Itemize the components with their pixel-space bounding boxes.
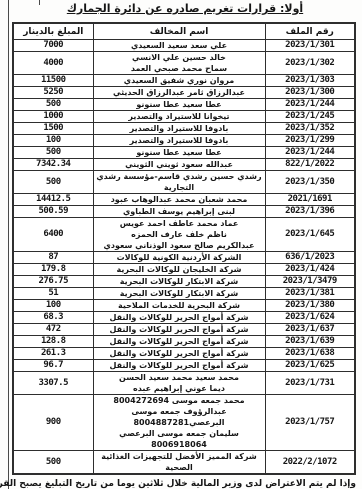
- table-row: 2023/1/637شركة أمواج الحرير للوكالات وال…: [13, 324, 355, 336]
- file-cell: 2023/1/244: [265, 99, 355, 111]
- file-cell: 2023/1/352: [265, 123, 355, 135]
- table-row: 2021/1691محمد شعبان محمد عبدالوهاب عبود1…: [13, 194, 355, 206]
- name-cell: تيخوانا للاستيراد والتصدير: [93, 111, 265, 123]
- amount-cell: 11500: [13, 75, 93, 87]
- table-row: 2023/1/424شركة الخليجان للوكالات البحرية…: [13, 264, 355, 276]
- amount-cell: 68.3: [13, 312, 93, 324]
- table-row: 2023/1/300عبدالرزاق ثامر عبدالرزاق الحدي…: [13, 87, 355, 99]
- table-row: 2023/1/639شركة أمواج الحرير للوكالات وال…: [13, 336, 355, 348]
- file-cell: 2023/1/300: [265, 87, 355, 99]
- amount-header: المبلغ بالدينار: [13, 23, 93, 40]
- table-header-row: رقم الملف اسم المخالف المبلغ بالدينار: [13, 23, 355, 40]
- name-cell: شركة الابتكار للوكالات البحرية: [93, 276, 265, 288]
- file-cell: 2023/1/624: [265, 312, 355, 324]
- name-cell: شركة البحرية للخدمات الملاحية: [93, 300, 265, 312]
- name-cell: بادوفا للاستيراد والتصدير: [93, 135, 265, 147]
- file-cell: 2023/1/396: [265, 206, 355, 218]
- file-cell: 2023/1/350: [265, 171, 355, 194]
- name-cell: شركة أمواج الحرير للوكالات والنقل: [93, 312, 265, 324]
- file-cell: 2023/1/380: [265, 300, 355, 312]
- name-cell: خالد حسين علي الانسي سماح محمد صبحي العم…: [93, 52, 265, 75]
- amount-cell: 500: [13, 147, 93, 159]
- name-cell: عماد محمد عاطف احمد عويس ناظم خلف عارف ا…: [93, 218, 265, 252]
- table-row: 2023/1/245تيخوانا للاستيراد والتصدير1000: [13, 111, 355, 123]
- amount-cell: 7000: [13, 40, 93, 52]
- amount-cell: 96.7: [13, 360, 93, 372]
- file-cell: 2023/1/757: [265, 395, 355, 451]
- file-cell: 2023/1/731: [265, 372, 355, 395]
- amount-cell: 500: [13, 99, 93, 111]
- amount-cell: 100: [13, 135, 93, 147]
- name-cell: شركة أمواج الحرير للوكالات والنقل: [93, 348, 265, 360]
- name-cell: رشدي حسين رشدي قاسم-مؤسسة رشدي التجارية: [93, 171, 265, 194]
- amount-cell: 500: [13, 171, 93, 194]
- file-cell: 2023/1/381: [265, 288, 355, 300]
- name-cell: شركة الخليجان للوكالات البحرية: [93, 264, 265, 276]
- page-title: أولا: قرارات تغريم صادره عن دائرة الجمار…: [14, 2, 356, 15]
- file-cell: 2023/1/3479: [265, 276, 355, 288]
- name-cell: شركة أمواج الحرير للوكالات والنقل: [93, 336, 265, 348]
- document-page: أولا: قرارات تغريم صادره عن دائرة الجمار…: [0, 0, 362, 489]
- table-row: 2023/1/299بادوفا للاستيراد والتصدير100: [13, 135, 355, 147]
- violator-name-header: اسم المخالف: [93, 23, 265, 40]
- name-cell: عبدالله سعود ثويني الثويني: [93, 159, 265, 171]
- file-cell: 2023/1/645: [265, 218, 355, 252]
- amount-cell: 179.8: [13, 264, 93, 276]
- table-row: 2023/1/731محمد سعيد محمد سعيد الحسن ديما…: [13, 372, 355, 395]
- table-row: 636/1/2023الشركة الأردنية الكونية للوكال…: [13, 252, 355, 264]
- amount-cell: 4000: [13, 52, 93, 75]
- name-cell: شركة المميز الأفضل للتجهيزات الغذائية ال…: [93, 451, 265, 475]
- table-row: 822/1/2022عبدالله سعود ثويني الثويني7342…: [13, 159, 355, 171]
- file-cell: 2023/1/625: [265, 360, 355, 372]
- page-left-border: [8, 0, 9, 489]
- table-row: 2023/1/352بادوفا للاستيراد والتصدير1500: [13, 123, 355, 135]
- amount-cell: 14412.5: [13, 194, 93, 206]
- file-cell: 2023/1/638: [265, 348, 355, 360]
- file-cell: 822/1/2022: [265, 159, 355, 171]
- amount-cell: 472: [13, 324, 93, 336]
- name-cell: محمد سعيد محمد سعيد الحسن ديما عوني إبرا…: [93, 372, 265, 395]
- amount-cell: 500.59: [13, 206, 93, 218]
- file-cell: 636/1/2023: [265, 252, 355, 264]
- footer-note: وإذا لم يتم الاعتراض لدى وزير المالية خل…: [10, 478, 356, 489]
- amount-cell: 276.75: [13, 276, 93, 288]
- name-cell: بادوفا للاستيراد والتصدير: [93, 123, 265, 135]
- table-row: 2023/1/380شركة البحرية للخدمات الملاحية1…: [13, 300, 355, 312]
- table-row: 2023/1/638شركة أمواج الحرير للوكالات وال…: [13, 348, 355, 360]
- name-cell: مروان نوري شفيق السعيدي: [93, 75, 265, 87]
- table-row: 2023/1/625شركة أمواج الحرير للوكالات وال…: [13, 360, 355, 372]
- table-row: 2023/1/301علي سعد سعيد السعيدي7000: [13, 40, 355, 52]
- amount-cell: 87: [13, 252, 93, 264]
- name-cell: محمد شعبان محمد عبدالوهاب عبود: [93, 194, 265, 206]
- amount-cell: 1500: [13, 123, 93, 135]
- amount-cell: 1000: [13, 111, 93, 123]
- amount-cell: 3307.5: [13, 372, 93, 395]
- file-cell: 2023/1/424: [265, 264, 355, 276]
- name-cell: محمد جمعه موسى 8004272694 عبدالرؤوف جمعه…: [93, 395, 265, 451]
- table-row: 2023/1/3479شركة الابتكار للوكالات البحري…: [13, 276, 355, 288]
- table-body: 2023/1/301علي سعد سعيد السعيدي70002023/1…: [13, 40, 355, 475]
- fines-table: رقم الملف اسم المخالف المبلغ بالدينار 20…: [12, 22, 356, 475]
- name-cell: عطا سعيد عطا سنونو: [93, 147, 265, 159]
- amount-cell: 128.8: [13, 336, 93, 348]
- file-cell: 2023/1/244: [265, 147, 355, 159]
- file-cell: 2022/2/1072: [265, 451, 355, 475]
- table-row: 2023/1/302خالد حسين علي الانسي سماح محمد…: [13, 52, 355, 75]
- file-cell: 2021/1691: [265, 194, 355, 206]
- amount-cell: 900: [13, 395, 93, 451]
- amount-cell: 7342.34: [13, 159, 93, 171]
- file-cell: 2023/1/301: [265, 40, 355, 52]
- amount-cell: 100: [13, 300, 93, 312]
- table-row: 2023/1/244عطا سعيد عطا سنونو500: [13, 99, 355, 111]
- amount-cell: 51: [13, 288, 93, 300]
- name-cell: عبدالرزاق ثامر عبدالرزاق الحديثي: [93, 87, 265, 99]
- name-cell: شركة أمواج الحرير للوكالات والنقل: [93, 360, 265, 372]
- table-row: 2023/1/757محمد جمعه موسى 8004272694 عبدا…: [13, 395, 355, 451]
- amount-cell: 500: [13, 451, 93, 475]
- name-cell: شركة أمواج الحرير للوكالات والنقل: [93, 324, 265, 336]
- table-row: 2023/1/244عطا سعيد عطا سنونو500: [13, 147, 355, 159]
- file-cell: 2023/1/639: [265, 336, 355, 348]
- file-cell: 2023/1/302: [265, 52, 355, 75]
- file-cell: 2023/1/303: [265, 75, 355, 87]
- file-cell: 2023/1/299: [265, 135, 355, 147]
- file-cell: 2023/1/245: [265, 111, 355, 123]
- table-row: 2023/1/645عماد محمد عاطف احمد عويس ناظم …: [13, 218, 355, 252]
- file-number-header: رقم الملف: [265, 23, 355, 40]
- name-cell: لبنى إبراهيم يوسف الطباوي: [93, 206, 265, 218]
- table-row: 2023/1/624شركة أمواج الحرير للوكالات وال…: [13, 312, 355, 324]
- table-row: 2023/1/381شركة الابتكار للوكالات البحرية…: [13, 288, 355, 300]
- table-row: 2023/1/303مروان نوري شفيق السعيدي11500: [13, 75, 355, 87]
- name-cell: شركة الابتكار للوكالات البحرية: [93, 288, 265, 300]
- name-cell: عطا سعيد عطا سنونو: [93, 99, 265, 111]
- amount-cell: 261.3: [13, 348, 93, 360]
- amount-cell: 5250: [13, 87, 93, 99]
- file-cell: 2023/1/637: [265, 324, 355, 336]
- table-row: 2023/1/350رشدي حسين رشدي قاسم-مؤسسة رشدي…: [13, 171, 355, 194]
- table-row: 2022/2/1072شركة المميز الأفضل للتجهيزات …: [13, 451, 355, 475]
- name-cell: الشركة الأردنية الكونية للوكالات: [93, 252, 265, 264]
- table-row: 2023/1/396لبنى إبراهيم يوسف الطباوي500.5…: [13, 206, 355, 218]
- amount-cell: 6400: [13, 218, 93, 252]
- name-cell: علي سعد سعيد السعيدي: [93, 40, 265, 52]
